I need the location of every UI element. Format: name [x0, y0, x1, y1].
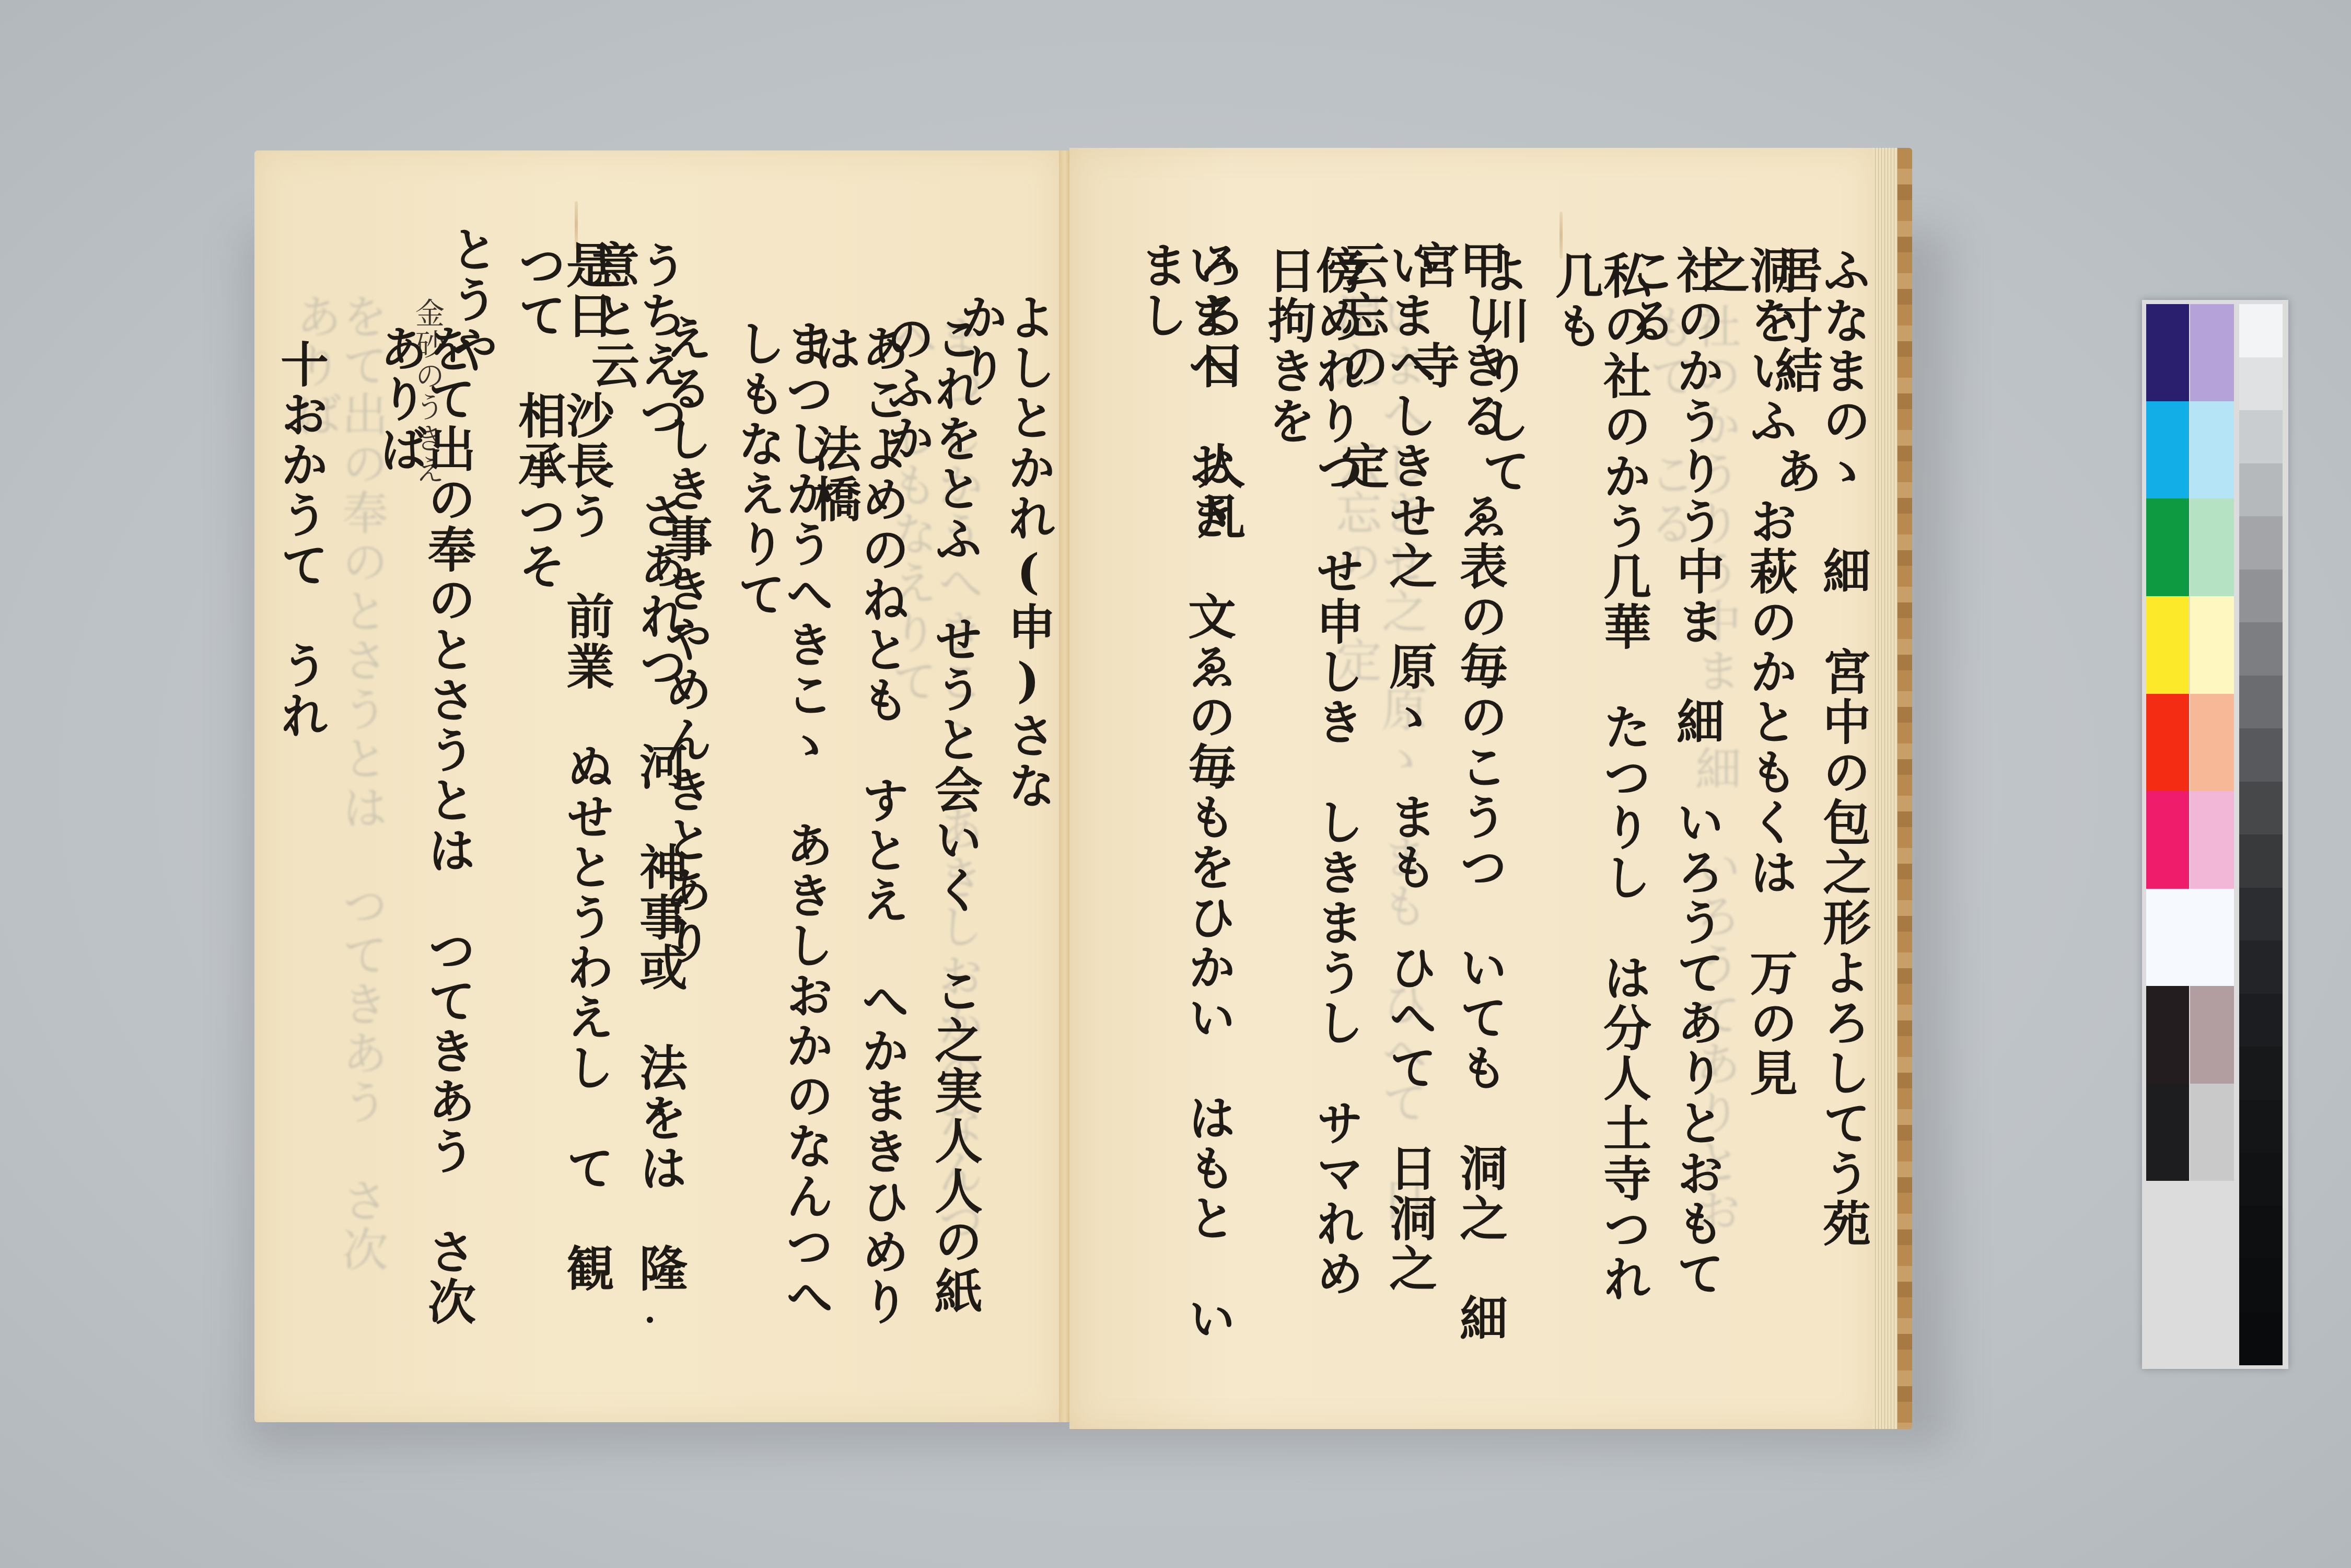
color-patch [2146, 986, 2189, 1084]
gray-step [2239, 570, 2283, 623]
gray-step [2239, 1100, 2283, 1154]
gray-step [2239, 782, 2283, 835]
color-calibration-chart [2142, 300, 2288, 1369]
gray-step [2239, 304, 2283, 358]
color-patch [2190, 498, 2234, 596]
gray-step [2239, 1047, 2283, 1100]
color-patch [2146, 1084, 2189, 1181]
gray-step [2239, 834, 2283, 888]
gray-step [2239, 1259, 2283, 1313]
text-column: いまへ おき 文ゑの毎もをひかい はもと いまし [1136, 240, 1232, 1364]
color-patch [2146, 498, 2189, 596]
text-column: 十おかうて うれ [277, 340, 325, 1071]
gray-step [2239, 357, 2283, 411]
gray-step [2239, 1206, 2283, 1260]
book-gutter [1059, 150, 1070, 1422]
page-edges [1872, 148, 1898, 1429]
gray-step [2239, 1312, 2283, 1366]
color-patch [2190, 304, 2234, 401]
gray-step [2239, 516, 2283, 570]
text-column: まつしかうへきこゝ あきしおかのなんつへ しもなえりて [734, 319, 830, 1338]
gray-step [2239, 463, 2283, 517]
gray-step [2239, 888, 2283, 942]
text-column: 是日 沙長う 前業 ぬせとうわえし て 観つて 相承つそ [515, 240, 611, 1338]
color-patch [2190, 694, 2234, 791]
gray-step [2239, 994, 2283, 1048]
color-patch [2146, 596, 2189, 694]
color-patch [2190, 986, 2234, 1084]
gray-step [2239, 1153, 2283, 1206]
text-column: をて出の奉のとさうとは つてきあう さ次ありば [376, 324, 472, 1343]
color-patch [2146, 304, 2189, 401]
color-patch [2146, 791, 2189, 889]
gray-step [2239, 940, 2283, 994]
gray-step [2239, 410, 2283, 464]
color-patch [2190, 596, 2234, 694]
gray-step [2239, 676, 2283, 729]
text-column: 傍めれりつ せ申しき しきまうし サマれめ 日拘きを [1264, 246, 1360, 1343]
color-patch [2146, 694, 2189, 791]
book-spine [1898, 148, 1912, 1429]
color-patch [2190, 1084, 2234, 1181]
color-patch [2190, 401, 2234, 498]
gray-step [2239, 622, 2283, 676]
white-patch [2146, 889, 2234, 986]
gray-step [2239, 728, 2283, 782]
color-patch [2146, 401, 2189, 498]
text-column: 私の社のかう几華 たつりし は分人土寺つれ几も [1552, 251, 1648, 1348]
color-patch [2190, 791, 2234, 889]
